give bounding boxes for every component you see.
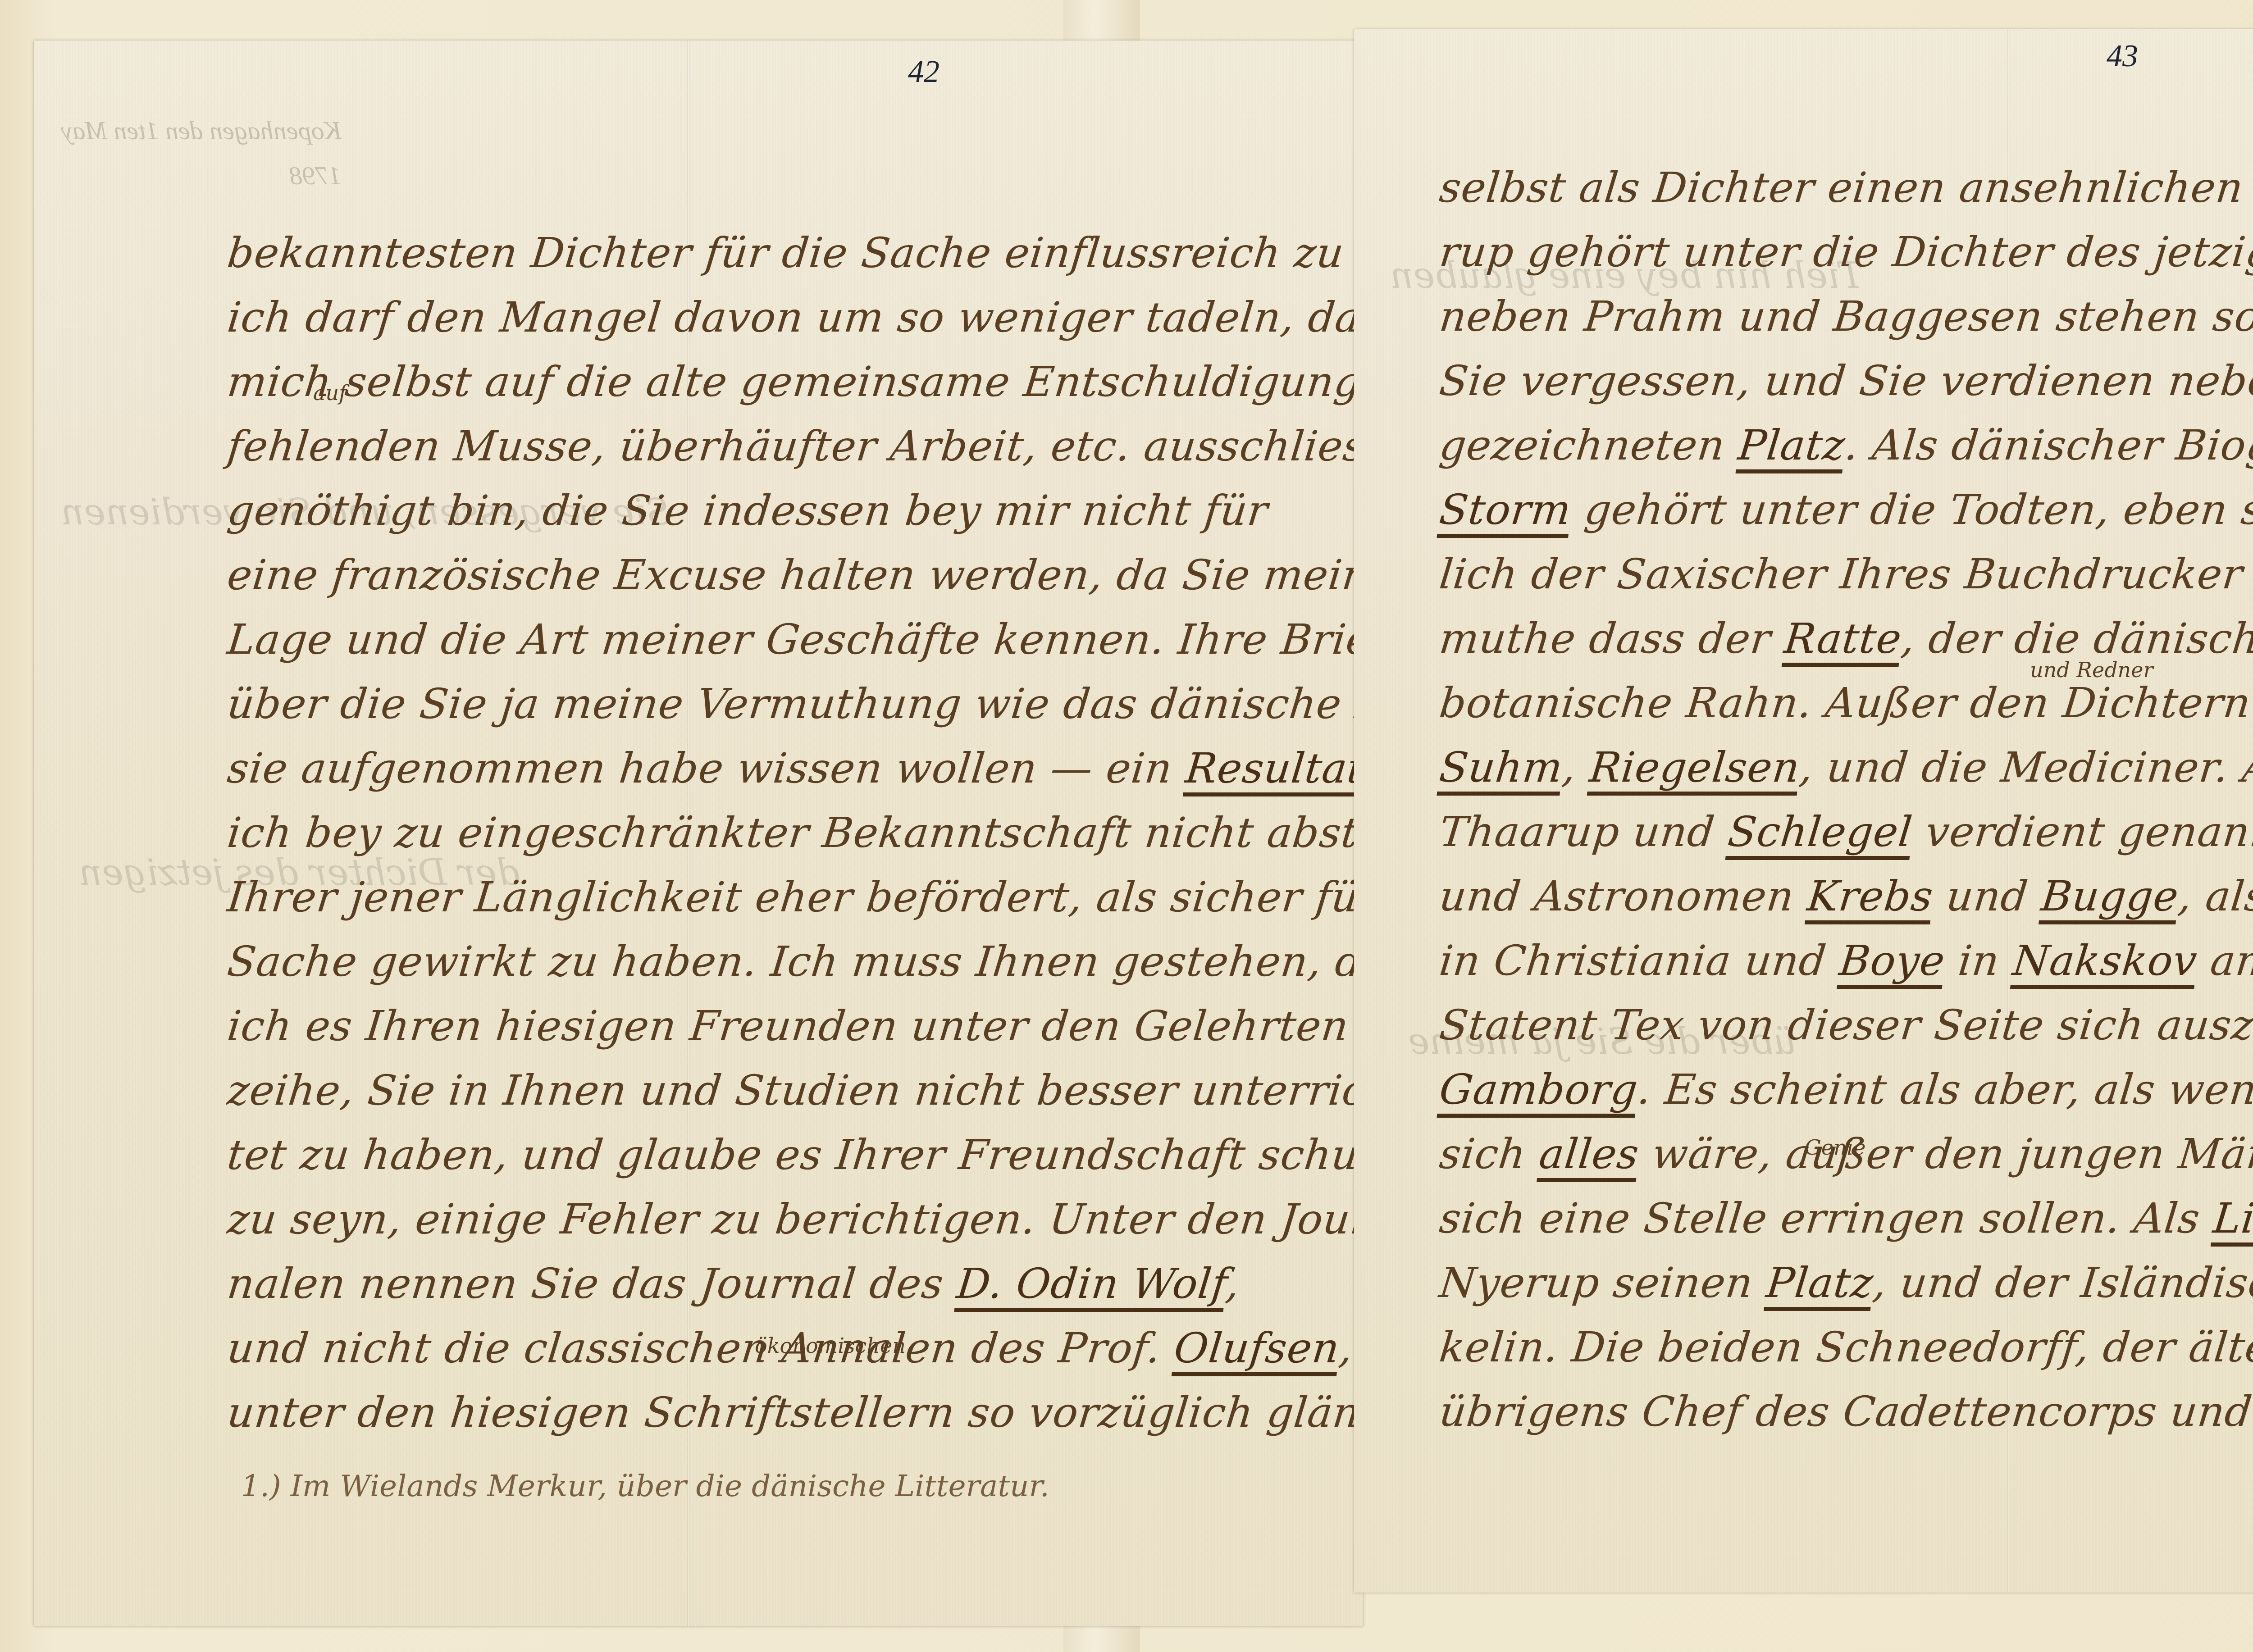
text-line: und Astronomen Krebs und Bugge, als Phil…: [1436, 864, 2253, 928]
text-line: sich alles wäre, außer den jungen Männer…: [1436, 1122, 2253, 1186]
text-line: Storm gehört unter die Todten, eben so S…: [1436, 478, 2253, 542]
text-line: rup gehört unter die Dichter des jetzige…: [1436, 220, 2253, 284]
underlined-name: Bugge: [2039, 872, 2181, 920]
text-line: lich der Saxischer Ihres Buchdrucker sey…: [1436, 542, 2253, 606]
text-line: Suhm, Riegelsen, und die Mediciner. Als …: [1436, 735, 2253, 800]
underlined-name: Suhm: [1437, 743, 1565, 792]
text-line: übrigens Chef des Cadettencorps und durc…: [1436, 1379, 2253, 1444]
text-line: Statent Tex von dieser Seite sich auszei…: [1436, 993, 2253, 1057]
underlined-name: alles: [1537, 1130, 1642, 1178]
left-page: Sie vergessen, und Sie verdienen der Dic…: [34, 41, 1363, 1626]
text-line: Sie vergessen, und Sie verdienen neben d…: [1436, 349, 2253, 413]
text-line: Gamborg. Es scheint als aber, als wenn d…: [1436, 1057, 2253, 1122]
manuscript-scan: Sie vergessen, und Sie verdienen der Dic…: [0, 0, 2253, 1652]
underlined-name: Boye: [1837, 937, 1947, 985]
pencil-annotation: Kopenhagen den 1ten May 1798: [61, 108, 342, 198]
text-line: Nyerup seinen Platz, und der Isländische…: [1436, 1251, 2253, 1315]
text-line: botanische Rahn. Außer den Dichtern nenn…: [1436, 671, 2253, 735]
underlined-name: Resultat: [1183, 744, 1367, 792]
text-line: in Christiania und Boye in Nakskov am gu…: [1436, 928, 2253, 993]
footnote: 1.) Im Wielands Merkur, über die dänisch…: [241, 1469, 1049, 1503]
text-line: Thaarup und Schlegel verdient genannt zu…: [1436, 800, 2253, 864]
underlined-name: Schlegel: [1726, 808, 1915, 856]
underlined-name: D. Odin Wolf: [954, 1260, 1228, 1308]
page-number: 43: [2107, 38, 2138, 74]
underlined-name: Krebs: [1805, 872, 1936, 920]
underlined-name: Gamborg: [1437, 1065, 1640, 1114]
text-line: neben Prahm und Baggesen stehen sollen. …: [1436, 284, 2253, 349]
right-page: Tieh hin bey eine glauben über die Sie j…: [1354, 29, 2253, 1593]
underlined-name: Riegelsen: [1587, 743, 1802, 792]
underlined-name: Litterator: [2211, 1194, 2253, 1242]
text-line: gezeichneten Platz. Als dänischer Biogra…: [1436, 413, 2253, 478]
underlined-name: Ratte: [1782, 614, 1904, 663]
page-number: 42: [908, 54, 940, 90]
underlined-name: Platz: [1736, 421, 1847, 469]
text-line: muthe dass der Ratte, der die dänische F…: [1436, 606, 2253, 671]
letter-body-right: selbst als Dichter einen ansehnlichen Pl…: [1440, 155, 2253, 1444]
text-line: selbst als Dichter einen ansehnlichen Pl…: [1436, 155, 2253, 220]
text-line: sich eine Stelle erringen sollen. Als Li…: [1436, 1186, 2253, 1251]
underlined-name: Nakskov: [2011, 937, 2200, 985]
text-line: kelin. Die beiden Schneedorff, der älter…: [1436, 1315, 2253, 1379]
underlined-name: Storm: [1437, 486, 1573, 534]
underlined-name: Platz: [1764, 1259, 1876, 1307]
underlined-name: Olufsen: [1172, 1324, 1342, 1372]
